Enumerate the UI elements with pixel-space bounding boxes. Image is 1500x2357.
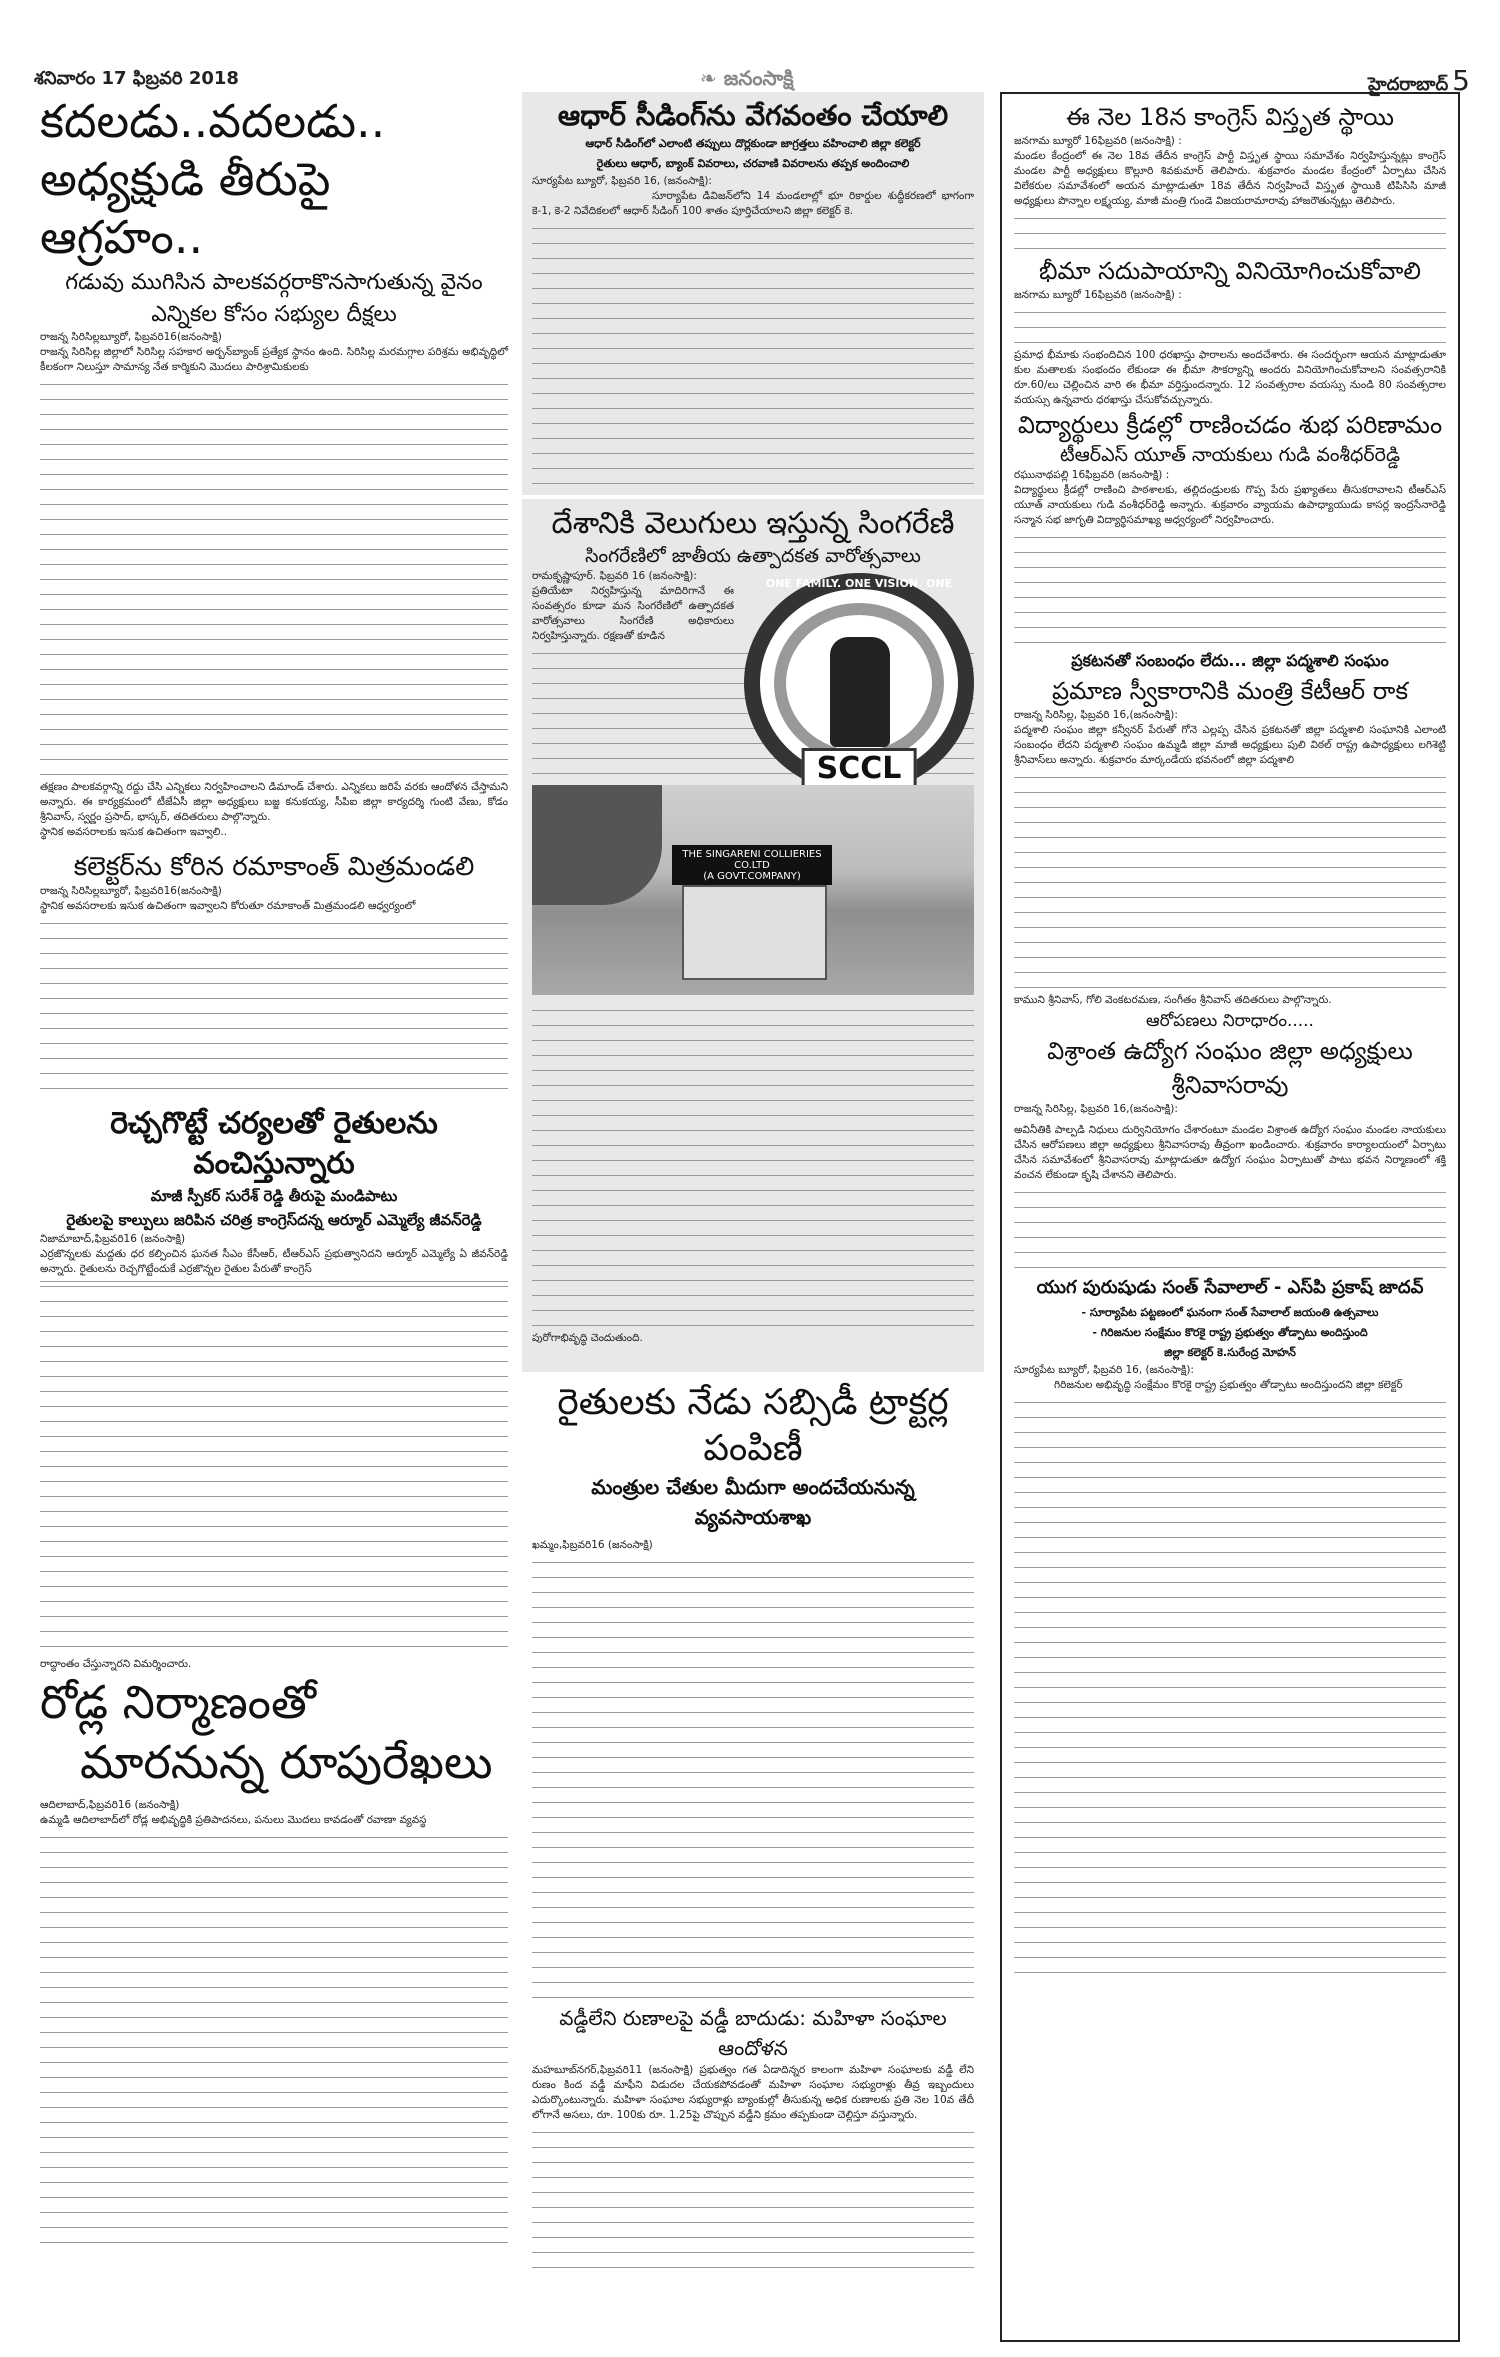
kicker: ఆరోపణలు నిరాధారం.....	[1014, 1008, 1446, 1034]
article-body-continued	[532, 1553, 974, 2003]
article-congress-meeting: ఈ నెల 18న కాంగ్రెస్ విస్తృత స్థాయి జనగామ…	[1014, 100, 1446, 254]
headline: ఈ నెల 18న కాంగ్రెస్ విస్తృత స్థాయి	[1014, 100, 1446, 134]
article-body-continued	[532, 1001, 974, 1331]
subheadline: మాజీ స్పీకర్ సురేశ్ రెడ్డి తీరుపై మండిపా…	[40, 1184, 508, 1208]
headline: రైతులకు నేడు సబ్సిడీ ట్రాక్టర్ల పంపిణీ	[532, 1380, 974, 1472]
subheadline: - సూర్యాపేట పట్టణంలో ఘనంగా సంత్ సేవాలాల్…	[1014, 1303, 1446, 1323]
dateline: జనగామ బ్యూరో 16ఫిబ్రవరి (జనంసాక్షి) :	[1014, 134, 1446, 149]
subheadline: గడువు ముగిసిన పాలకవర్గరాకొనసాగుతున్న వైన…	[40, 268, 508, 298]
subheadline: ప్రమాణ స్వీకారానికి మంత్రి కేటీఆర్ రాక	[1014, 674, 1446, 708]
dateline: సూర్యపేట బ్యూరో, ఫిబ్రవరి 16, (జనంసాక్షి…	[532, 174, 974, 189]
sccl-logo-image: ONE FAMILY. ONE VISION. ONE MISSION SCCL	[744, 573, 974, 793]
article-body: ఎర్రజొన్నలకు మద్దతు ధర కల్పించిన ఘనత సీఎ…	[40, 1247, 508, 1277]
article-body: ఉమ్మడి ఆదిలాబాద్‌లో రోడ్ల అభివృద్ధికి ప్…	[40, 1813, 508, 1828]
article-roads: రోడ్ల నిర్మాణంతో మారనున్న రూపురేఖలు ఆదిల…	[40, 1672, 508, 2248]
subheadline: టీఆర్ఎస్ యూత్ నాయకులు గుడి వంశీధర్‌రెడ్డ…	[1014, 442, 1446, 468]
miners-icon	[830, 637, 890, 747]
dateline: రఘునాథపల్లి 16ఫిబ్రవరి (జనంసాక్షి) :	[1014, 468, 1446, 483]
article-farmers-provocation: రెచ్చగొట్టే చర్యలతో రైతులను వంచిస్తున్నా…	[40, 1104, 508, 1672]
article-sevalal: యుగ పురుషుడు సంత్ సేవాలాల్ - ఎస్‌పి ప్రక…	[1014, 1273, 1446, 1978]
subheadline: ఎన్నికల కోసం సభ్యుల దీక్షలు	[40, 300, 508, 330]
article-body: మహబూబ్‌నగర్,ఫిబ్రవరి11 (జనంసాక్షి) ప్రభు…	[532, 2063, 974, 2123]
article-body-continued	[1014, 528, 1446, 648]
article-womens-groups: వడ్డీలేని రుణాలపై వడ్డీ బాదుడు: మహిళా సం…	[522, 2003, 984, 2273]
dateline: సూర్యపేట బ్యూరో, ఫిబ్రవరి 16, (జనంసాక్షి…	[1014, 1363, 1446, 1378]
headline: యుగ పురుషుడు సంత్ సేవాలాల్ - ఎస్‌పి ప్రక…	[1014, 1273, 1446, 1303]
dateline: ఆదిలాబాద్,ఫిబ్రవరి16 (జనంసాక్షి)	[40, 1798, 508, 1813]
left-column: కదలడు..వదలడు.. అధ్యక్షుడి తీరుపై ఆగ్రహం.…	[40, 92, 508, 2248]
headline: భీమా సదుపాయాన్ని వినియోగించుకోవాలి	[1014, 254, 1446, 288]
article-sand-request: కలెక్టర్‌ను కోరిన రమాకాంత్ మిత్రమండలి రా…	[40, 850, 508, 1094]
dateline: జనగామ బ్యూరో 16ఫిబ్రవరి (జనంసాక్షి) :	[1014, 288, 1446, 303]
article-body: సూర్యాపేట డివిజన్‌లోని 14 మండలాల్లో భూ ర…	[532, 189, 974, 219]
article-closing: తక్షణం పాలకవర్గాన్ని రద్దు చేసి ఎన్నికలు…	[40, 780, 508, 825]
headline: కలెక్టర్‌ను కోరిన రమాకాంత్ మిత్రమండలి	[40, 850, 508, 884]
subheadline: రైతులపై కాల్పులు జరిపిన చరిత్ర కాంగ్రెస్…	[40, 1208, 508, 1232]
article-body: విద్యార్థులు క్రీడల్లో రాణించి పాఠశాలకు,…	[1014, 483, 1446, 528]
article-body-continued	[40, 375, 508, 780]
article-body: అవినీతికి పాల్పడి నిధులు దుర్వినియోగం చే…	[1014, 1123, 1446, 1183]
singareni-office-photo: THE SINGARENI COLLIERIES CO.LTD (A GOVT.…	[532, 785, 974, 995]
article-body-continued	[532, 219, 974, 489]
article-closing: రాద్ధాంతం చేస్తున్నారని విమర్శించారు.	[40, 1657, 508, 1672]
right-column: ఈ నెల 18న కాంగ్రెస్ విస్తృత స్థాయి జనగామ…	[1000, 92, 1460, 2342]
dateline: రాజన్న సిరిసిల్ల, ఫిబ్రవరి 16,(జనంసాక్షి…	[1014, 708, 1446, 723]
article-retired-employees: ఆరోపణలు నిరాధారం..... విశ్రాంత ఉద్యోగ సం…	[1014, 1008, 1446, 1273]
article-tractor-subsidy: రైతులకు నేడు సబ్సిడీ ట్రాక్టర్ల పంపిణీ మ…	[522, 1372, 984, 2003]
article-body: రాజన్న సిరిసిల్ల జిల్లాలో సిరిసిల్ల సహకా…	[40, 345, 508, 375]
masthead: శనివారం 17 ఫిబ్రవరి 2018 ❧ జనంసాక్షి హైద…	[0, 0, 1500, 90]
subheadline: - గిరిజనుల సంక్షేమం కొరకై రాష్ట్ర ప్రభుత…	[1014, 1323, 1446, 1343]
article-body: మండల కేంద్రంలో ఈ నెల 18వ తేదీన కాంగ్రెస్…	[1014, 149, 1446, 209]
article-body-continued	[532, 2123, 974, 2273]
headline: రెచ్చగొట్టే చర్యలతో రైతులను వంచిస్తున్నా…	[40, 1104, 508, 1184]
article-body: ప్రమాధ భీమాకు సంభందిచిన 100 ధరఖాస్తు ఫార…	[1014, 348, 1446, 408]
subheadline: మంత్రుల చేతుల మీదుగా అందచేయనున్న వ్యవసాయ…	[532, 1472, 974, 1532]
article-aadhaar-seeding: ఆధార్ సీడింగ్‌ను వేగవంతం చేయాలి ఆధార్ సీ…	[522, 92, 984, 495]
article-cooperative-bank: కదలడు..వదలడు.. అధ్యక్షుడి తీరుపై ఆగ్రహం.…	[40, 92, 508, 840]
sccl-badge: SCCL	[802, 748, 917, 789]
subheadline: రైతులు ఆధార్, బ్యాంక్ వివరాలు, చరవాణి వి…	[532, 154, 974, 174]
article-body-continued	[1014, 1183, 1446, 1273]
article-body: పద్మశాలి సంఘం జిల్లా కన్వీనర్ పేరుతో గోన…	[1014, 723, 1446, 768]
dateline: రాజన్న సిరిసిల్ల, ఫిబ్రవరి 16,(జనంసాక్షి…	[1014, 1102, 1446, 1117]
article-students-sports: విద్యార్థులు క్రీడల్లో రాణించడం శుభ పరిణ…	[1014, 408, 1446, 648]
subheadline: ఆధార్ సీడింగ్‌లో ఎలాంటి తప్పులు దొర్లకుం…	[532, 134, 974, 154]
article-kicker: స్థానిక అవసరాలకు ఇసుక ఉచితంగా ఇవ్వాలి..	[40, 825, 508, 840]
article-body-continued	[1014, 1393, 1446, 1978]
headline: ప్రకటనతో సంబంధం లేదు... జిల్లా పద్మశాలి …	[1014, 648, 1446, 674]
dateline: రాజన్న సిరిసిల్లబ్యూరో, ఫిబ్రవరి16(జనంసా…	[40, 884, 508, 899]
article-body-continued	[40, 914, 508, 1094]
article-body-continued	[1014, 768, 1446, 993]
article-closing: పురోగాభివృద్ధి చెందుతుంది.	[532, 1331, 974, 1346]
article-padmashali: ప్రకటనతో సంబంధం లేదు... జిల్లా పద్మశాలి …	[1014, 648, 1446, 1008]
logo-emblem-icon: ❧	[700, 66, 717, 90]
issue-date: శనివారం 17 ఫిబ్రవరి 2018	[34, 68, 239, 93]
article-insurance: భీమా సదుపాయాన్ని వినియోగించుకోవాలి జనగామ…	[1014, 254, 1446, 408]
newspaper-logo: ❧ జనంసాక్షి	[700, 66, 794, 95]
dateline: నిజామాబాద్,ఫిబ్రవరి16 (జనంసాక్షి)	[40, 1232, 508, 1247]
dateline: రాజన్న సిరిసిల్లబ్యూరో, ఫిబ్రవరి16(జనంసా…	[40, 330, 508, 345]
headline: విద్యార్థులు క్రీడల్లో రాణించడం శుభ పరిణ…	[1014, 408, 1446, 442]
article-body-continued	[1014, 209, 1446, 254]
headline: రోడ్ల నిర్మాణంతో మారనున్న రూపురేఖలు	[40, 1672, 508, 1792]
photo-signboard: THE SINGARENI COLLIERIES CO.LTD (A GOVT.…	[672, 845, 832, 885]
headline: దేశానికి వెలుగులు ఇస్తున్న సింగరేణి	[532, 505, 974, 543]
subheadline: జిల్లా కలెక్టర్ కె.సురేంద్ర మోహన్	[1014, 1343, 1446, 1363]
subheadline: సింగరేణిలో జాతీయ ఉత్పాదకత వారోత్సవాలు	[532, 543, 974, 569]
article-body-continued	[40, 1828, 508, 2248]
headline: వడ్డీలేని రుణాలపై వడ్డీ బాదుడు: మహిళా సం…	[532, 2003, 974, 2063]
article-body-continued	[1014, 303, 1446, 348]
article-body-continued	[40, 1277, 508, 1657]
middle-column: ఆధార్ సీడింగ్‌ను వేగవంతం చేయాలి ఆధార్ సీ…	[522, 92, 984, 2273]
headline: ఆధార్ సీడింగ్‌ను వేగవంతం చేయాలి	[532, 98, 974, 134]
dateline: ఖమ్మం,ఫిబ్రవరి16 (జనంసాక్షి)	[532, 1538, 974, 1553]
article-body: స్థానిక అవసరాలకు ఇసుక ఉచితంగా ఇవ్వాలని క…	[40, 899, 508, 914]
article-singareni: దేశానికి వెలుగులు ఇస్తున్న సింగరేణి సింగ…	[522, 499, 984, 1372]
headline: కదలడు..వదలడు.. అధ్యక్షుడి తీరుపై ఆగ్రహం.…	[40, 92, 508, 266]
article-body: గిరిజనుల అభివృద్ధి సంక్షేమం కొరకై రాష్ట్…	[1014, 1378, 1446, 1393]
headline: విశ్రాంత ఉద్యోగ సంఘం జిల్లా అధ్యక్షులు శ…	[1014, 1034, 1446, 1102]
right-box: ఈ నెల 18న కాంగ్రెస్ విస్తృత స్థాయి జనగామ…	[1000, 92, 1460, 2342]
article-closing: కాముని శ్రీనివాస్, గోలి వెంకటరమణ, సంగీతం…	[1014, 993, 1446, 1008]
